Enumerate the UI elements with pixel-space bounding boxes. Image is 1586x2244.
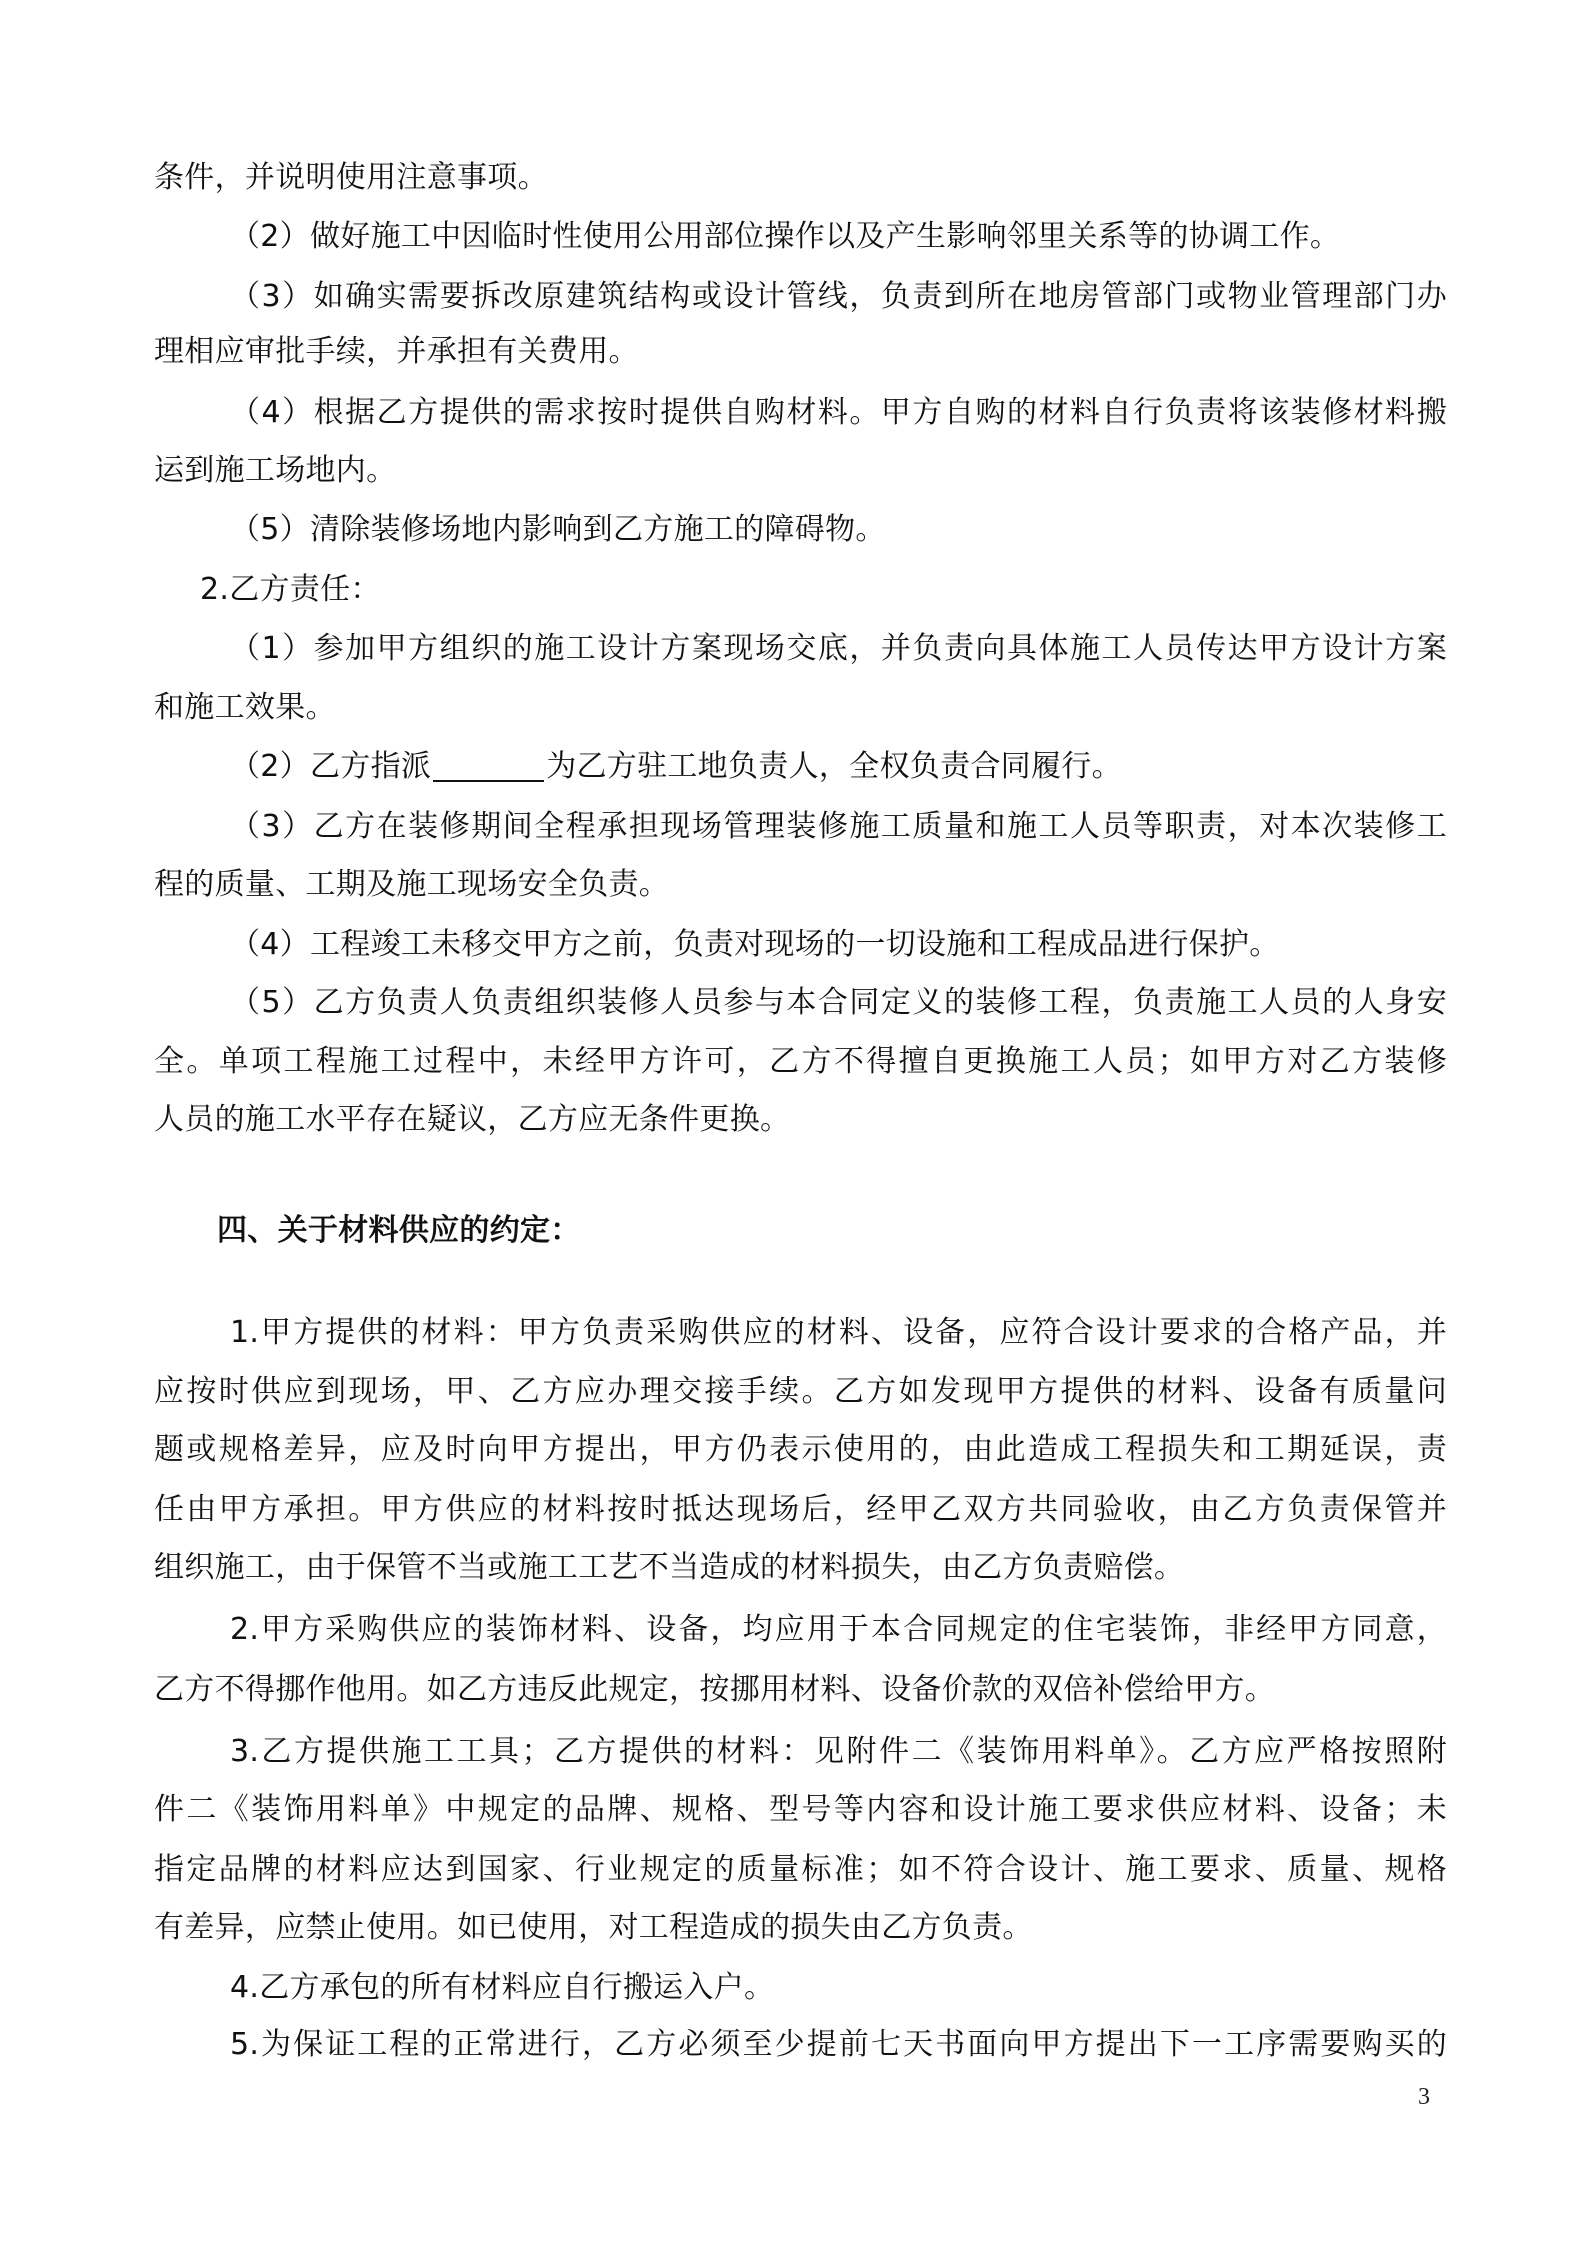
paragraph-line: 件二《装饰用料单》中规定的品牌、规格、型号等内容和设计施工要求供应材料、设备；未 — [154, 1788, 1447, 1832]
paragraph-line: 有差异，应禁止使用。如已使用，对工程造成的损失由乙方负责。 — [154, 1906, 1447, 1950]
paragraph-line: 程的质量、工期及施工现场安全负责。 — [154, 863, 1447, 907]
materials-clause-5: 5.为保证工程的正常进行，乙方必须至少提前七天书面向甲方提出下一工序需要购买的 — [154, 2023, 1447, 2067]
fill-in-blank-site-manager[interactable] — [433, 750, 544, 782]
party-b-duty-2-suffix: 为乙方驻工地负责人，全权负责合同履行。 — [546, 749, 1122, 784]
party-b-duty-2-prefix: （2）乙方指派 — [230, 749, 431, 784]
paragraph-line: 和施工效果。 — [154, 686, 1447, 730]
page-number: 3 — [1418, 2084, 1430, 2111]
party-b-duty-4: （4）工程竣工未移交甲方之前，负责对现场的一切设施和工程成品进行保护。 — [154, 923, 1447, 967]
party-a-duty-2: （2）做好施工中因临时性使用公用部位操作以及产生影响邻里关系等的协调工作。 — [154, 215, 1447, 259]
party-a-duty-4: （4）根据乙方提供的需求按时提供自购材料。甲方自购的材料自行负责将该装修材料搬 — [154, 391, 1447, 435]
materials-clause-4: 4.乙方承包的所有材料应自行搬运入户。 — [154, 1966, 1447, 2010]
party-b-duty-2: （2）乙方指派为乙方驻工地负责人，全权负责合同履行。 — [154, 745, 1447, 789]
paragraph-line: 理相应审批手续，并承担有关费用。 — [154, 330, 1447, 374]
materials-clause-1: 1.甲方提供的材料：甲方负责采购供应的材料、设备，应符合设计要求的合格产品，并 — [154, 1311, 1447, 1355]
party-b-responsibility-heading: 2.乙方责任： — [154, 568, 1493, 612]
paragraph-line: 题或规格差异，应及时向甲方提出，甲方仍表示使用的，由此造成工程损失和工期延误，责 — [154, 1428, 1447, 1472]
paragraph-line: 条件，并说明使用注意事项。 — [154, 156, 1447, 200]
materials-clause-2: 2.甲方采购供应的装饰材料、设备，均应用于本合同规定的住宅装饰，非经甲方同意， — [154, 1608, 1447, 1652]
paragraph-line: 指定品牌的材料应达到国家、行业规定的质量标准；如不符合设计、施工要求、质量、规格 — [154, 1848, 1447, 1892]
paragraph-line: 运到施工场地内。 — [154, 449, 1447, 493]
paragraph-line: 乙方不得挪作他用。如乙方违反此规定，按挪用材料、设备价款的双倍补偿给甲方。 — [154, 1668, 1447, 1712]
section-heading-materials-supply: 四、关于材料供应的约定： — [154, 1209, 1510, 1253]
paragraph-line: 组织施工，由于保管不当或施工工艺不当造成的材料损失，由乙方负责赔偿。 — [154, 1546, 1447, 1590]
paragraph-line: 任由甲方承担。甲方供应的材料按时抵达现场后，经甲乙双方共同验收，由乙方负责保管并 — [154, 1488, 1447, 1532]
party-a-duty-5: （5）清除装修场地内影响到乙方施工的障碍物。 — [154, 508, 1447, 552]
paragraph-line: 人员的施工水平存在疑议，乙方应无条件更换。 — [154, 1098, 1447, 1142]
paragraph-line: 应按时供应到现场，甲、乙方应办理交接手续。乙方如发现甲方提供的材料、设备有质量问 — [154, 1370, 1447, 1414]
party-b-duty-5: （5）乙方负责人负责组织装修人员参与本合同定义的装修工程，负责施工人员的人身安 — [154, 981, 1447, 1025]
party-b-duty-3: （3）乙方在装修期间全程承担现场管理装修施工质量和施工人员等职责，对本次装修工 — [154, 805, 1447, 849]
party-b-duty-1: （1）参加甲方组织的施工设计方案现场交底，并负责向具体施工人员传达甲方设计方案 — [154, 627, 1447, 671]
materials-clause-3: 3.乙方提供施工工具；乙方提供的材料：见附件二《装饰用料单》。乙方应严格按照附 — [154, 1730, 1447, 1774]
paragraph-line: 全。单项工程施工过程中，未经甲方许可，乙方不得擅自更换施工人员；如甲方对乙方装修 — [154, 1040, 1447, 1084]
document-page: 条件，并说明使用注意事项。 （2）做好施工中因临时性使用公用部位操作以及产生影响… — [0, 0, 1586, 2244]
party-a-duty-3: （3）如确实需要拆改原建筑结构或设计管线，负责到所在地房管部门或物业管理部门办 — [154, 275, 1447, 319]
